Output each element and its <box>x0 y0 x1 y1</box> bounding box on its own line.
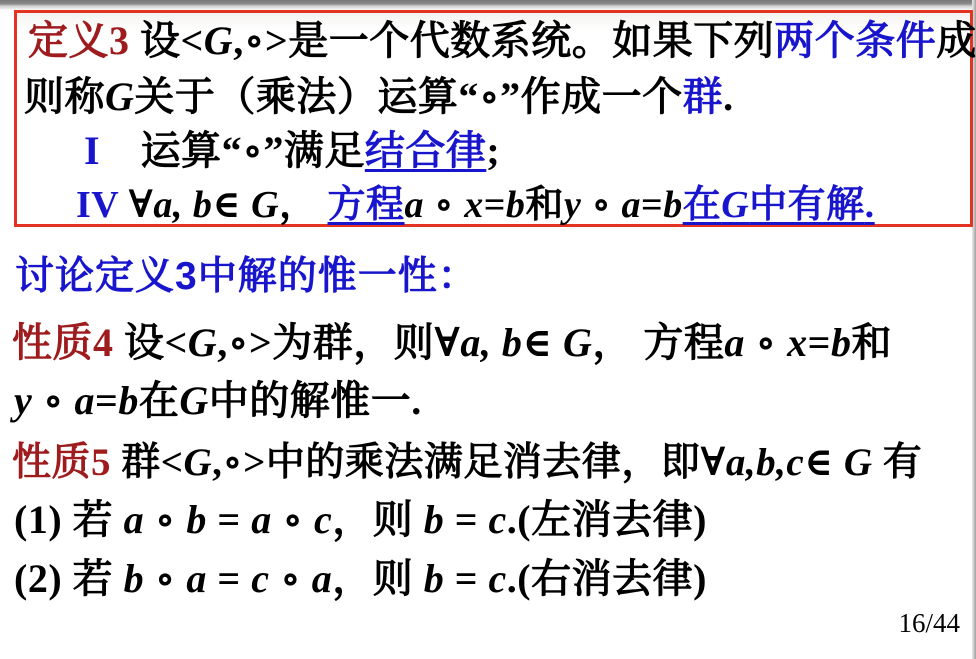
text-segment: G <box>188 320 217 365</box>
text-segment: ,∘> <box>212 441 266 484</box>
text-segment: ∈ <box>522 320 563 365</box>
property5-line: 性质5 群<G,∘>中的乘法满足消去律，即∀a,b,c∈ G 有 <box>12 440 922 486</box>
text-segment: ∘ <box>144 497 186 542</box>
text-segment: b <box>424 497 445 542</box>
text-segment: b <box>124 556 145 601</box>
text-segment: 为群，则 <box>272 320 434 365</box>
text-segment: a <box>186 556 207 601</box>
text-segment: b <box>663 184 683 226</box>
text-segment: G <box>721 184 749 226</box>
condition-IV-line: IV ∀a, b∈ G， 方程a ∘ x=b和y ∘ a=b在G中有解. <box>76 182 875 228</box>
text-segment: 性质4 <box>12 320 114 365</box>
text-segment: ∘ <box>424 184 464 226</box>
text-segment: ∘ <box>32 378 74 423</box>
text-segment: a <box>405 184 425 226</box>
text-segment: G <box>179 378 208 423</box>
text-segment: = <box>444 556 488 601</box>
text-segment: ,∘> <box>233 18 288 63</box>
definition3-statement-line1: 定义3 设<G,∘>是一个代数系统。如果下列两个条件成立, <box>28 18 976 64</box>
text-segment: 和 <box>525 184 564 226</box>
text-segment: 设< <box>114 320 188 365</box>
text-segment: a <box>312 556 333 601</box>
text-segment: 讨论定义3中解的惟一性： <box>15 255 478 298</box>
text-segment: ， 方程 <box>592 320 724 365</box>
text-segment: c <box>251 556 269 601</box>
text-segment: 是一个代数系统。如果下列 <box>288 18 774 63</box>
text-segment: b <box>424 556 445 601</box>
text-segment: ，则 <box>332 556 424 601</box>
text-segment: c <box>489 556 507 601</box>
text-segment: ∘ <box>269 556 311 601</box>
text-segment: = <box>95 378 118 423</box>
text-segment: . <box>865 184 875 226</box>
text-segment: (1) 若 <box>14 497 124 542</box>
window-top-edge <box>0 0 976 10</box>
text-segment: x <box>464 184 484 226</box>
text-segment: 关于（乘法）运算“∘”作成一个 <box>134 74 682 119</box>
text-segment: b <box>506 184 526 226</box>
text-segment: 群 <box>683 74 724 119</box>
text-segment: 成立, <box>936 18 976 63</box>
text-segment: a,b,c <box>726 441 804 484</box>
right-cancellation-line: (2) 若 b ∘ a = c ∘ a，则 b = c.(右消去律) <box>14 556 707 602</box>
text-segment: 结合律 <box>365 128 487 173</box>
text-segment: 在 <box>139 378 180 423</box>
text-segment: 和 <box>851 320 892 365</box>
text-segment: 中的乘法满足消去律，即 <box>266 441 701 484</box>
text-segment: = <box>808 320 831 365</box>
text-segment: 定义3 <box>28 18 130 63</box>
text-segment: . <box>723 74 734 119</box>
text-segment: a <box>124 497 145 542</box>
text-segment: y <box>14 378 32 423</box>
text-segment: y <box>564 184 581 226</box>
text-segment: ∘ <box>745 320 787 365</box>
text-segment: ∀ <box>700 441 726 484</box>
text-segment: b <box>118 378 139 423</box>
left-cancellation-line: (1) 若 a ∘ b = a ∘ c，则 b = c.(左消去律) <box>14 497 707 543</box>
text-segment: ; <box>486 128 500 173</box>
text-segment: 中有解 <box>749 184 865 226</box>
text-segment: a <box>75 378 96 423</box>
text-segment: I <box>84 128 100 173</box>
text-segment: 设< <box>130 18 204 63</box>
text-segment: = <box>444 497 488 542</box>
discussion-heading: 讨论定义3中解的惟一性： <box>15 254 478 300</box>
text-segment: = <box>207 556 251 601</box>
definition3-statement-line2: 则称G关于（乘法）运算“∘”作成一个群. <box>24 74 734 120</box>
text-segment: ∘ <box>581 184 621 226</box>
text-segment: G <box>563 320 592 365</box>
text-segment: 两个条件 <box>774 18 936 63</box>
text-segment: ∀ <box>434 320 460 365</box>
text-segment: IV <box>76 184 129 226</box>
page-number: 16/44 <box>898 608 960 639</box>
text-segment: 则称 <box>24 74 105 119</box>
text-segment: a <box>724 320 745 365</box>
text-segment: ∀ <box>129 184 154 226</box>
text-segment: G <box>105 74 134 119</box>
text-segment: x <box>787 320 808 365</box>
text-segment: b <box>831 320 852 365</box>
text-segment: (2) 若 <box>14 556 124 601</box>
text-segment: = <box>641 184 663 226</box>
text-segment: a <box>622 184 642 226</box>
text-segment: 方程 <box>328 184 405 226</box>
text-segment: ∈ <box>804 441 844 484</box>
condition-I-line: I 运算“∘”满足结合律; <box>84 128 500 174</box>
text-segment: c <box>314 497 332 542</box>
text-segment: b <box>186 497 207 542</box>
text-segment: ∘ <box>144 556 186 601</box>
text-segment: G <box>184 441 213 484</box>
text-segment: a <box>251 497 272 542</box>
text-segment: c <box>489 497 507 542</box>
slide: 定义3 设<G,∘>是一个代数系统。如果下列两个条件成立, 则称G关于（乘法）运… <box>0 0 976 659</box>
text-segment: ∈ <box>212 184 251 226</box>
text-segment: G <box>251 184 279 226</box>
text-segment: a, b <box>460 320 522 365</box>
text-segment: 群< <box>111 441 183 484</box>
text-segment: = <box>207 497 251 542</box>
text-segment: 运算“∘”满足 <box>100 128 365 173</box>
text-segment: 中的解惟一. <box>209 378 422 423</box>
text-segment: a, b <box>153 184 212 226</box>
text-segment: G <box>204 18 233 63</box>
text-segment: 性质5 <box>12 441 111 484</box>
text-segment: 有 <box>873 441 923 484</box>
text-segment: ，则 <box>332 497 424 542</box>
property4-line1: 性质4 设<G,∘>为群，则∀a, b∈ G， 方程a ∘ x=b和 <box>12 320 892 366</box>
text-segment: G <box>844 441 873 484</box>
text-segment: 在 <box>683 184 722 226</box>
property4-line2: y ∘ a=b在G中的解惟一. <box>14 378 422 424</box>
text-segment: .(左消去律) <box>507 497 707 542</box>
text-segment: .(右消去律) <box>507 556 707 601</box>
text-segment: = <box>484 184 506 226</box>
text-segment: ,∘> <box>217 320 272 365</box>
text-segment: ， <box>279 184 328 226</box>
text-segment: ∘ <box>272 497 314 542</box>
